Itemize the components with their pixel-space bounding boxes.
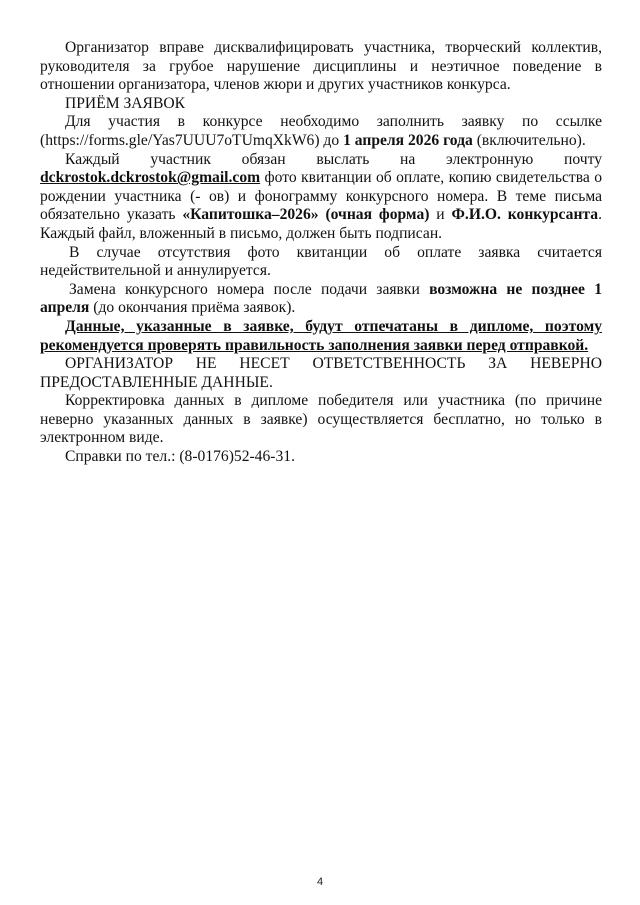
paragraph-email-submission: Каждый участник обязан выслать на электр…	[40, 151, 602, 244]
replacement-text-end: (до окончания приёма заявок).	[89, 299, 295, 316]
email-intro: Каждый участник обязан выслать на электр…	[65, 151, 602, 168]
document-page: Организатор вправе дисквалифицировать уч…	[40, 39, 602, 467]
paragraph-replacement: Замена конкурсного номера после подачи з…	[40, 281, 602, 318]
email-subject-fio: Ф.И.О. конкурсанта	[452, 206, 599, 223]
paragraph-disqualification: Организатор вправе дисквалифицировать уч…	[40, 39, 602, 95]
paragraph-application-form: Для участия в конкурсе необходимо заполн…	[40, 113, 602, 150]
paragraph-correction: Корректировка данных в дипломе победител…	[40, 392, 602, 448]
paragraph-diploma-warning: Данные, указанные в заявке, будут отпеча…	[40, 318, 602, 355]
page-number: 4	[0, 876, 640, 888]
paragraph-disclaimer: ОРГАНИЗАТОР НЕ НЕСЕТ ОТВЕТСТВЕННОСТЬ ЗА …	[40, 355, 602, 392]
conjunction-text: и	[429, 206, 451, 223]
replacement-text: Замена конкурсного номера после подачи з…	[69, 281, 429, 298]
application-deadline: 1 апреля 2026 года	[343, 132, 473, 149]
email-link[interactable]: dckrostok.dckrostok@gmail.com	[40, 169, 260, 186]
paragraph-no-receipt: В случае отсутствия фото квитанции об оп…	[40, 244, 602, 281]
paragraph-phone: Справки по тел.: (8-0176)52-46-31.	[40, 448, 602, 467]
email-subject-name: «Капитошка–2026» (очная форма)	[182, 206, 429, 223]
section-heading-applications: ПРИЁМ ЗАЯВОК	[40, 95, 602, 114]
application-text-end: (включительно).	[473, 132, 586, 149]
